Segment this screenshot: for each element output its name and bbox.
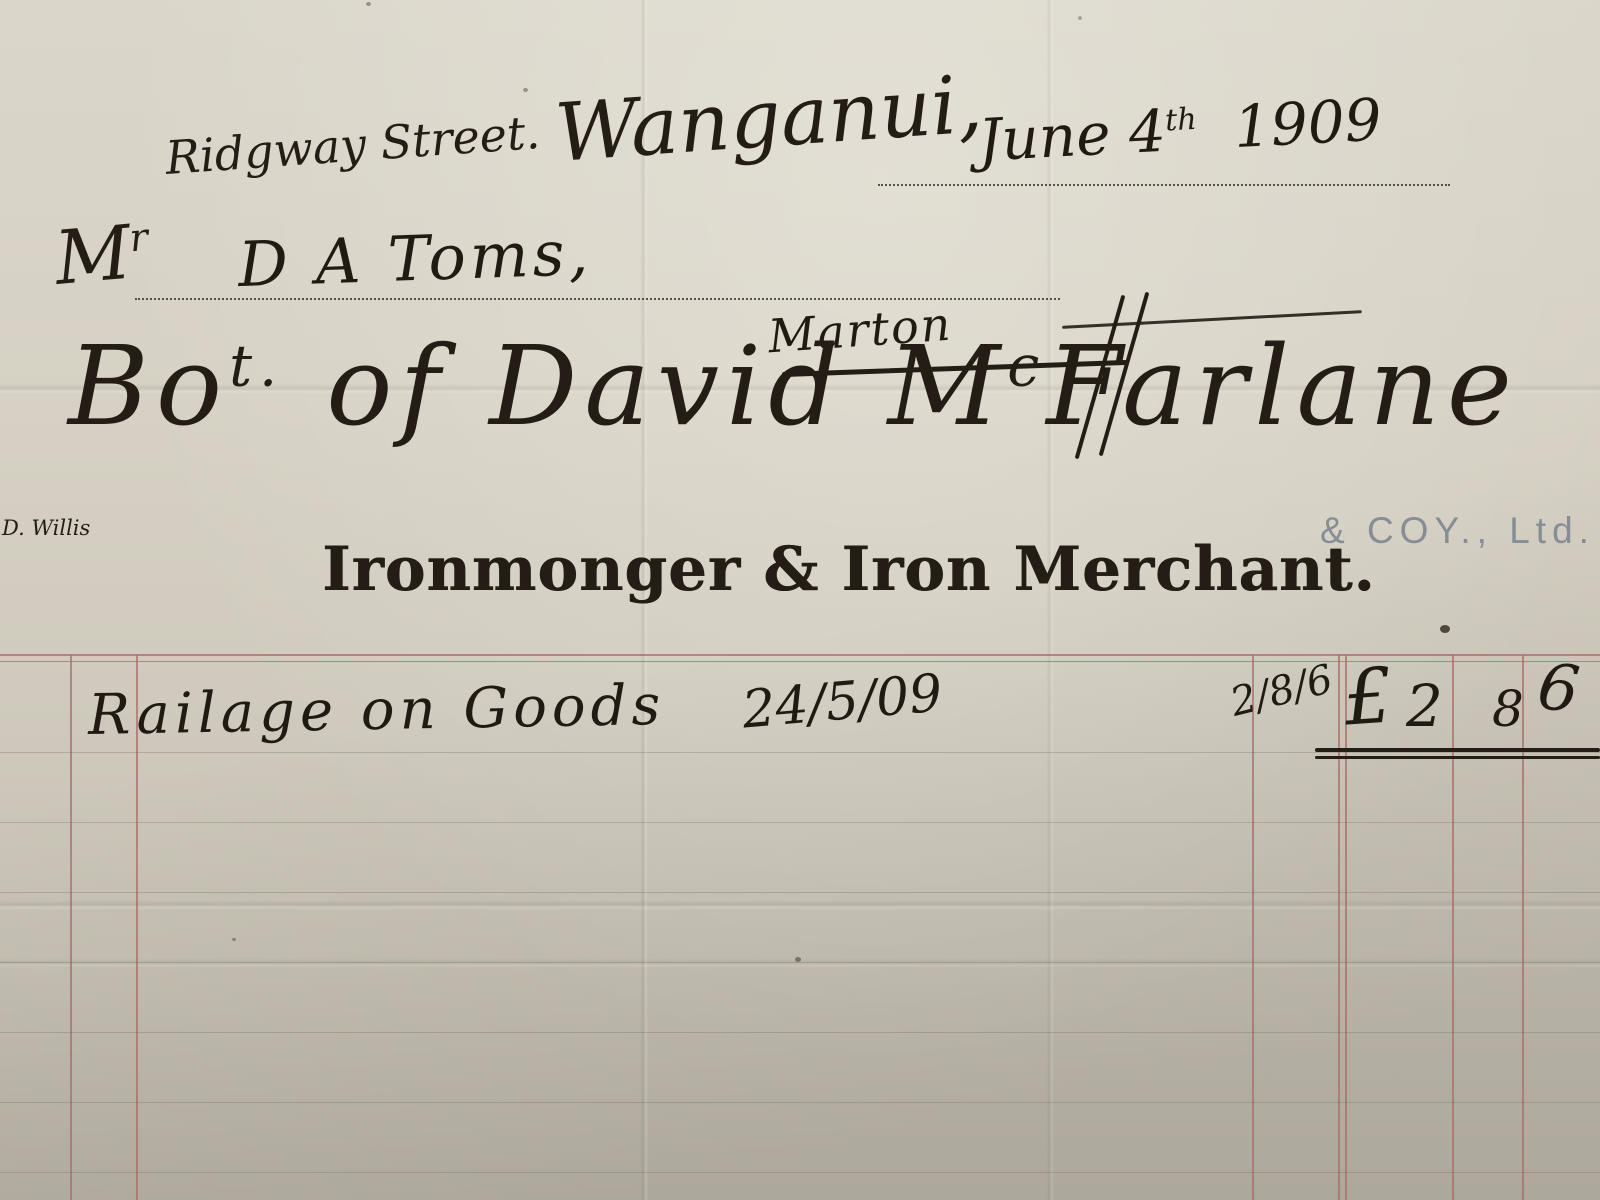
entry-date: 24/5/09 [740,663,945,740]
entry-description: Railage on Goods [87,673,665,748]
date-rule-dotted-line [878,184,1450,186]
trade-line: Ironmonger & Iron Merchant. [322,534,1376,605]
ledger-row-line [0,1032,1600,1033]
entry-amount-script: 2/8/6 [1226,656,1337,726]
date-main: June 4 [976,97,1167,175]
merchant-name-first: David M [489,322,1007,450]
amount-underline-2 [1315,756,1600,759]
bought-of-word: of [326,322,447,450]
ledger-col-line-left-1 [70,655,72,1200]
entry-currency-symbol: £ [1341,650,1395,742]
horizontal-fold-crease-middle [0,900,1600,910]
invoice-document: Ridgway Street. Wanganui, June 4th 1909 … [0,0,1600,1200]
paper-speck [232,938,236,941]
paper-speck [523,88,528,92]
merchant-name-last: Farlane [1046,322,1519,450]
date-handwritten: June 4th 1909 [976,85,1383,174]
amount-underline-1 [1315,748,1600,752]
ledger-col-line-amount-note [1252,655,1254,1200]
paper-speck [795,957,801,962]
ledger-row-line [0,962,1600,963]
ledger-col-line-shillings [1452,655,1454,1200]
addressee-prefix-main: M [51,210,134,302]
street-text: Ridgway Street. [164,105,542,185]
ledger-row-line [0,1172,1600,1173]
addressee-prefix: Mr [51,208,152,302]
date-ordinal-superscript: th [1164,102,1197,139]
ledger-row-line [0,752,1600,753]
entry-pounds: 2 [1406,672,1443,740]
paper-speck [366,2,371,6]
addressee-name: D A Toms, [237,216,593,301]
entry-pence: 6 [1534,650,1583,728]
city-text: Wanganui, [552,57,985,180]
printer-credit: D. Willis [2,516,90,540]
date-year: 1909 [1232,85,1383,161]
entry-shillings: 8 [1492,680,1524,738]
ledger-row-line [0,822,1600,823]
ledger-row-line [0,892,1600,893]
merchant-mc-superscript: c [1007,334,1046,400]
paper-speck [1078,16,1082,20]
ledger-row-line [0,1102,1600,1103]
addressee-prefix-superscript: r [128,215,150,261]
bought-of-main: Bo [68,322,229,450]
bought-of-superscript: t. [229,334,284,400]
paper-speck [1440,625,1450,633]
ledger-col-line-pounds-a [1338,655,1340,1200]
billhead-line: Bot. of David McFarlane [68,322,1519,450]
